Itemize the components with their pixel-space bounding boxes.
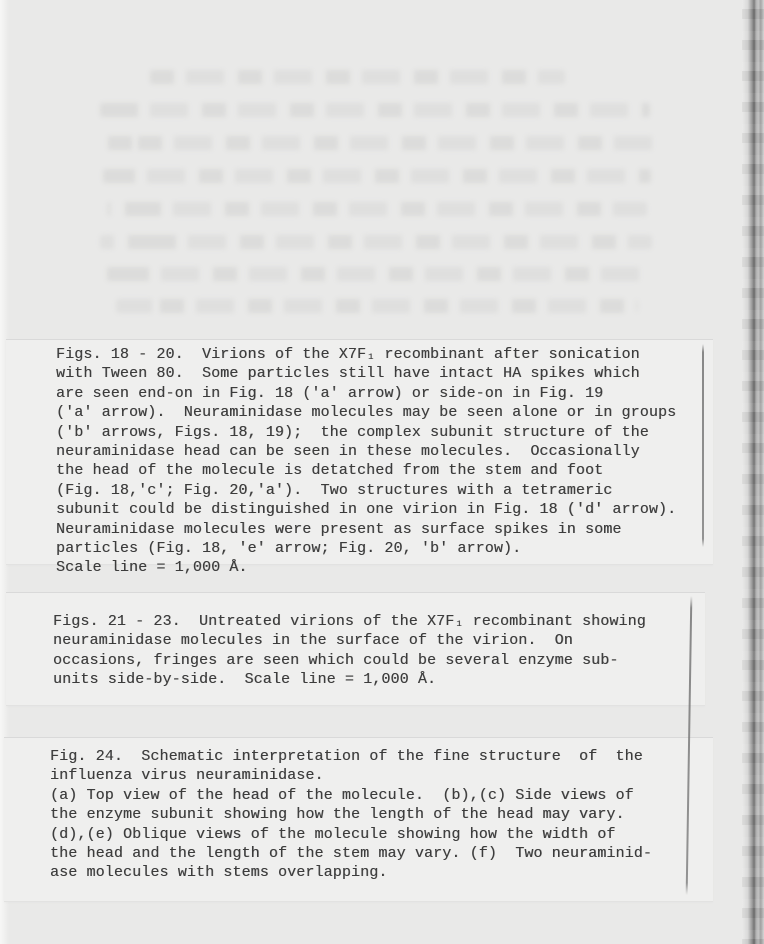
bleed-through-line <box>100 235 652 249</box>
scanned-page: { "colors":{ "page_bg":"#e9e9e8", "ink":… <box>0 0 764 944</box>
caption-line: the head and the length of the stem may … <box>50 844 652 863</box>
caption-line: ('a' arrow). Neuraminidase molecules may… <box>56 403 676 422</box>
caption-line: (a) Top view of the head of the molecule… <box>50 786 652 805</box>
bleed-through-line <box>150 70 565 84</box>
caption-line: Figs. 18 - 20. Virions of the X7F₁ recom… <box>56 345 676 364</box>
caption-line: (Fig. 18,'c'; Fig. 20,'a'). Two structur… <box>56 481 676 500</box>
right-page-edge-shadow <box>742 0 764 944</box>
bleed-through-line <box>103 169 651 183</box>
caption-line: the enzyme subunit showing how the lengt… <box>50 805 652 824</box>
bleed-through-line <box>107 202 647 216</box>
caption-line: (d),(e) Oblique views of the molecule sh… <box>50 825 652 844</box>
caption-line: Scale line = 1,000 Å. <box>56 558 676 577</box>
caption-line: neuraminidase molecules in the surface o… <box>53 631 646 650</box>
caption-line: the head of the molecule is detatched fr… <box>56 461 676 480</box>
caption-line: occasions, fringes are seen which could … <box>53 651 646 670</box>
bleed-through-line <box>98 136 656 150</box>
caption-line: subunit could be distinguished in one vi… <box>56 500 676 519</box>
figs-21-23-caption: Figs. 21 - 23. Untreated virions of the … <box>53 612 646 690</box>
caption-line: Figs. 21 - 23. Untreated virions of the … <box>53 612 646 631</box>
caption-line: neuraminidase head can be seen in these … <box>56 442 676 461</box>
caption-line: influenza virus neuraminidase. <box>50 766 652 785</box>
fig-24-caption: Fig. 24. Schematic interpretation of the… <box>50 747 652 883</box>
margin-line-1 <box>702 344 704 547</box>
figs-18-20-caption: Figs. 18 - 20. Virions of the X7F₁ recom… <box>56 345 676 578</box>
caption-line: ('b' arrows, Figs. 18, 19); the complex … <box>56 423 676 442</box>
bleed-through-line <box>105 267 651 281</box>
caption-line: Neuraminidase molecules were present as … <box>56 520 676 539</box>
caption-line: Fig. 24. Schematic interpretation of the… <box>50 747 652 766</box>
caption-line: particles (Fig. 18, 'e' arrow; Fig. 20, … <box>56 539 676 558</box>
caption-line: ase molecules with stems overlapping. <box>50 863 652 882</box>
bleed-through-line <box>100 103 650 117</box>
bleed-through-line <box>116 299 638 313</box>
caption-line: units side-by-side. Scale line = 1,000 Å… <box>53 670 646 689</box>
caption-line: with Tween 80. Some particles still have… <box>56 364 676 383</box>
caption-line: are seen end-on in Fig. 18 ('a' arrow) o… <box>56 384 676 403</box>
